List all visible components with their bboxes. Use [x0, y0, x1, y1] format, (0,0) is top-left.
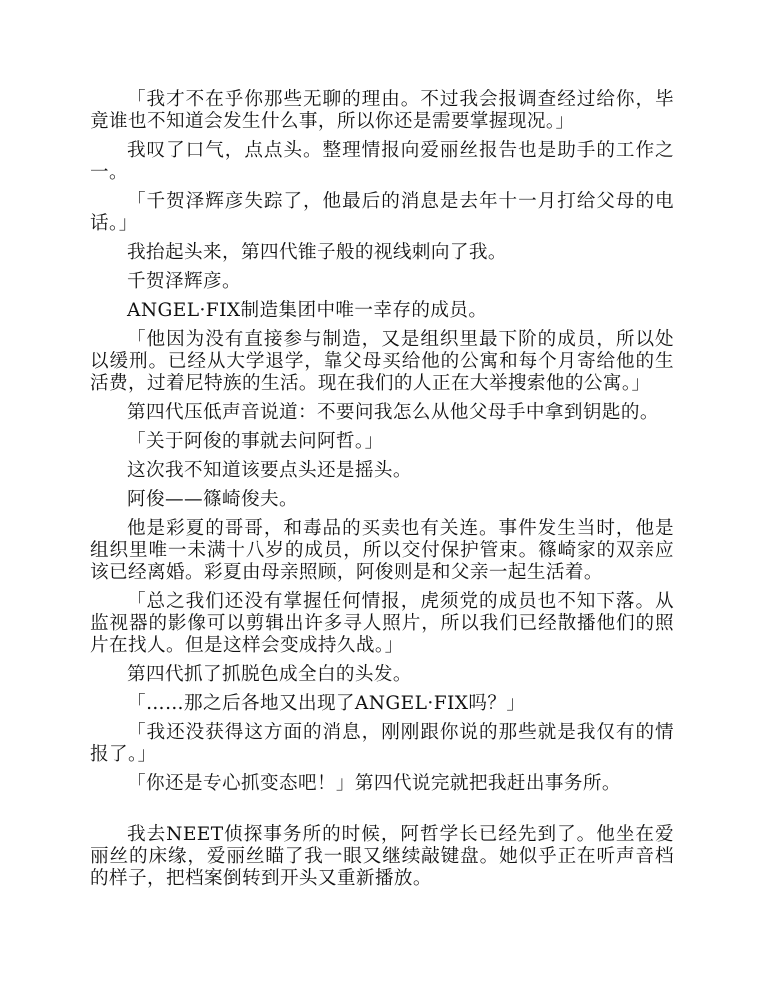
paragraph: 他是彩夏的哥哥，和毒品的买卖也有关连。事件发生当时，他是组织里唯一未满十八岁的成… — [90, 518, 674, 584]
paragraph: 第四代压低声音说道：不要问我怎么从他父母手中拿到钥匙的。 — [90, 402, 674, 424]
paragraph: 「总之我们还没有掌握任何情报，虎须党的成员也不知下落。从监视器的影像可以剪辑出许… — [90, 591, 674, 657]
paragraph: 「我才不在乎你那些无聊的理由。不过我会报调查经过给你，毕竟谁也不知道会发生什么事… — [90, 89, 674, 133]
paragraph: 我去NEET侦探事务所的时候，阿哲学长已经先到了。他坐在爱丽丝的床缘，爱丽丝瞄了… — [90, 824, 674, 890]
paragraph: 千贺泽辉彦。 — [90, 271, 674, 293]
paragraph: 「你还是专心抓变态吧！」第四代说完就把我赶出事务所。 — [90, 773, 674, 795]
paragraph: 第四代抓了抓脱色成全白的头发。 — [90, 664, 674, 686]
paragraph: 「千贺泽辉彦失踪了，他最后的消息是去年十一月打给父母的电话。」 — [90, 191, 674, 235]
paragraph: 「他因为没有直接参与制造，又是组织里最下阶的成员，所以处以缓刑。已经从大学退学，… — [90, 329, 674, 395]
paragraph: 「关于阿俊的事就去问阿哲。」 — [90, 431, 674, 453]
paragraph: 「我还没获得这方面的消息，刚刚跟你说的那些就是我仅有的情报了。」 — [90, 722, 674, 766]
document-page: 「我才不在乎你那些无聊的理由。不过我会报调查经过给你，毕竟谁也不知道会发生什么事… — [90, 89, 674, 897]
paragraph: 我叹了口气，点点头。整理情报向爱丽丝报告也是助手的工作之一。 — [90, 140, 674, 184]
paragraph: 我抬起头来，第四代锥子般的视线刺向了我。 — [90, 242, 674, 264]
paragraph: 「……那之后各地又出现了ANGEL·FIX吗？」 — [90, 693, 674, 715]
paragraph: 阿俊——篠崎俊夫。 — [90, 489, 674, 511]
paragraph: ANGEL·FIX制造集团中唯一幸存的成员。 — [90, 300, 674, 322]
paragraph: 这次我不知道该要点头还是摇头。 — [90, 460, 674, 482]
